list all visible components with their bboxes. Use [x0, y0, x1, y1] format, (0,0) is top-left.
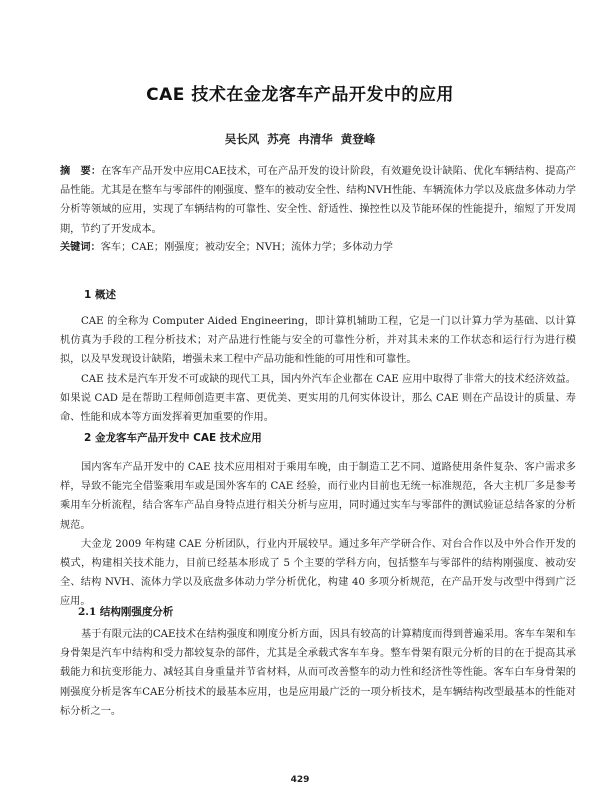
abstract: 摘 要：在客车产品开发中应用CAE技术，可在产品开发的设计阶段，有效避免设计缺陷… [60, 162, 576, 239]
paper-authors: 吴长风 苏亮 冉清华 黄登峰 [0, 131, 600, 147]
paragraph: 基于有限元法的CAE技术在结构强度和刚度分析方面，因具有较高的计算精度而得到普遍… [60, 625, 576, 721]
keywords: 关键词：客车；CAE；刚强度；被动安全；NVH；流体力学；多体动力学 [60, 238, 576, 257]
abstract-text: 在客车产品开发中应用CAE技术，可在产品开发的设计阶段，有效避免设计缺陷、优化车… [60, 166, 576, 235]
subsection-heading-structural-strength: 2.1 结构刚强度分析 [78, 604, 173, 619]
keywords-text: 客车；CAE；刚强度；被动安全；NVH；流体力学；多体动力学 [101, 242, 393, 253]
section-cae-application-body: 国内客车产品开发中的 CAE 技术应用相对于乘用车晚，由于制造工艺不同、道路使用… [60, 458, 576, 612]
paragraph: CAE 的全称为 Computer Aided Engineering，即计算机… [60, 312, 576, 370]
paragraph: 大金龙 2009 年构建 CAE 分析团队，行业内开展较早。通过多年产学研合作、… [60, 535, 576, 612]
page-number: 429 [0, 775, 600, 785]
section-heading-cae-application: 2 金龙客车产品开发中 CAE 技术应用 [84, 430, 262, 445]
paragraph: CAE 技术是汽车开发不可或缺的现代工具，国内外汽车企业都在 CAE 应用中取得… [60, 370, 576, 428]
paper-title: CAE 技术在金龙客车产品开发中的应用 [0, 80, 600, 105]
section-overview-body: CAE 的全称为 Computer Aided Engineering，即计算机… [60, 312, 576, 427]
section-heading-overview: 1 概述 [84, 287, 116, 302]
abstract-label: 摘 要： [60, 165, 101, 177]
subsection-structural-strength-body: 基于有限元法的CAE技术在结构强度和刚度分析方面，因具有较高的计算精度而得到普遍… [60, 625, 576, 721]
paper-page: CAE 技术在金龙客车产品开发中的应用 吴长风 苏亮 冉清华 黄登峰 摘 要：在… [0, 0, 600, 791]
paragraph: 国内客车产品开发中的 CAE 技术应用相对于乘用车晚，由于制造工艺不同、道路使用… [60, 458, 576, 535]
keywords-label: 关键词： [60, 241, 101, 253]
